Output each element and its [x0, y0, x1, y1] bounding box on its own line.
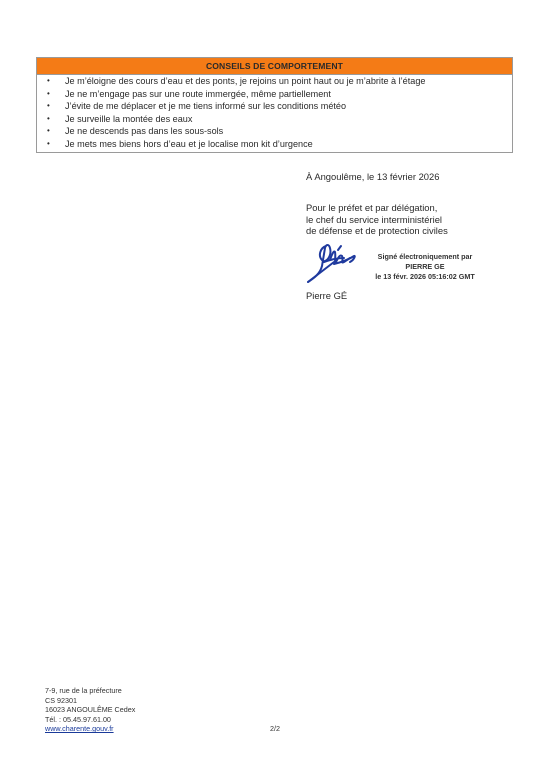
place-date: À Angoulême, le 13 février 2026: [306, 171, 439, 182]
list-item: •Je m’éloigne des cours d’eau et des pon…: [37, 75, 512, 88]
list-item: •Je ne descends pas dans les sous-sols: [37, 125, 512, 138]
page-number: 2/2: [270, 724, 280, 733]
advice-table-title: CONSEILS DE COMPORTEMENT: [37, 58, 512, 75]
list-item-text: Je ne descends pas dans les sous-sols: [65, 126, 223, 136]
address-line: 7-9, rue de la préfecture: [45, 686, 135, 696]
list-item-text: Je ne m’engage pas sur une route immergé…: [65, 89, 331, 99]
website-link[interactable]: www.charente.gouv.fr: [45, 724, 114, 733]
handwritten-signature-icon: [304, 238, 360, 284]
bullet-icon: •: [47, 88, 50, 101]
list-item: •Je mets mes biens hors d’eau et je loca…: [37, 138, 512, 151]
address-line: CS 92301: [45, 696, 135, 706]
esign-signer: PIERRE GE: [362, 262, 488, 272]
list-item-text: Je mets mes biens hors d’eau et je local…: [65, 139, 313, 149]
bullet-icon: •: [47, 75, 50, 88]
delegation-line: Pour le préfet et par délégation,: [306, 202, 448, 214]
phone-line: Tél. : 05.45.97.61.00: [45, 715, 135, 725]
list-item: •J’évite de me déplacer et je me tiens i…: [37, 100, 512, 113]
list-item-text: Je surveille la montée des eaux: [65, 114, 192, 124]
list-item: •Je ne m’engage pas sur une route immerg…: [37, 88, 512, 101]
advice-table: CONSEILS DE COMPORTEMENT •Je m’éloigne d…: [36, 57, 513, 153]
delegation-line: de défense et de protection civiles: [306, 225, 448, 237]
delegation-block: Pour le préfet et par délégation, le che…: [306, 202, 448, 237]
advice-list: •Je m’éloigne des cours d’eau et des pon…: [37, 75, 512, 152]
address-line: 16023 ANGOULÊME Cedex: [45, 705, 135, 715]
bullet-icon: •: [47, 100, 50, 113]
footer-address: 7-9, rue de la préfecture CS 92301 16023…: [45, 686, 135, 734]
list-item: •Je surveille la montée des eaux: [37, 113, 512, 126]
esign-timestamp: le 13 févr. 2026 05:16:02 GMT: [362, 272, 488, 282]
electronic-signature-stamp: Signé électroniquement par PIERRE GE le …: [362, 252, 488, 282]
bullet-icon: •: [47, 138, 50, 151]
delegation-line: le chef du service interministériel: [306, 214, 448, 226]
list-item-text: J’évite de me déplacer et je me tiens in…: [65, 101, 346, 111]
esign-line: Signé électroniquement par: [362, 252, 488, 262]
signer-name: Pierre GÉ: [306, 290, 347, 301]
list-item-text: Je m’éloigne des cours d’eau et des pont…: [65, 76, 425, 86]
bullet-icon: •: [47, 125, 50, 138]
bullet-icon: •: [47, 113, 50, 126]
